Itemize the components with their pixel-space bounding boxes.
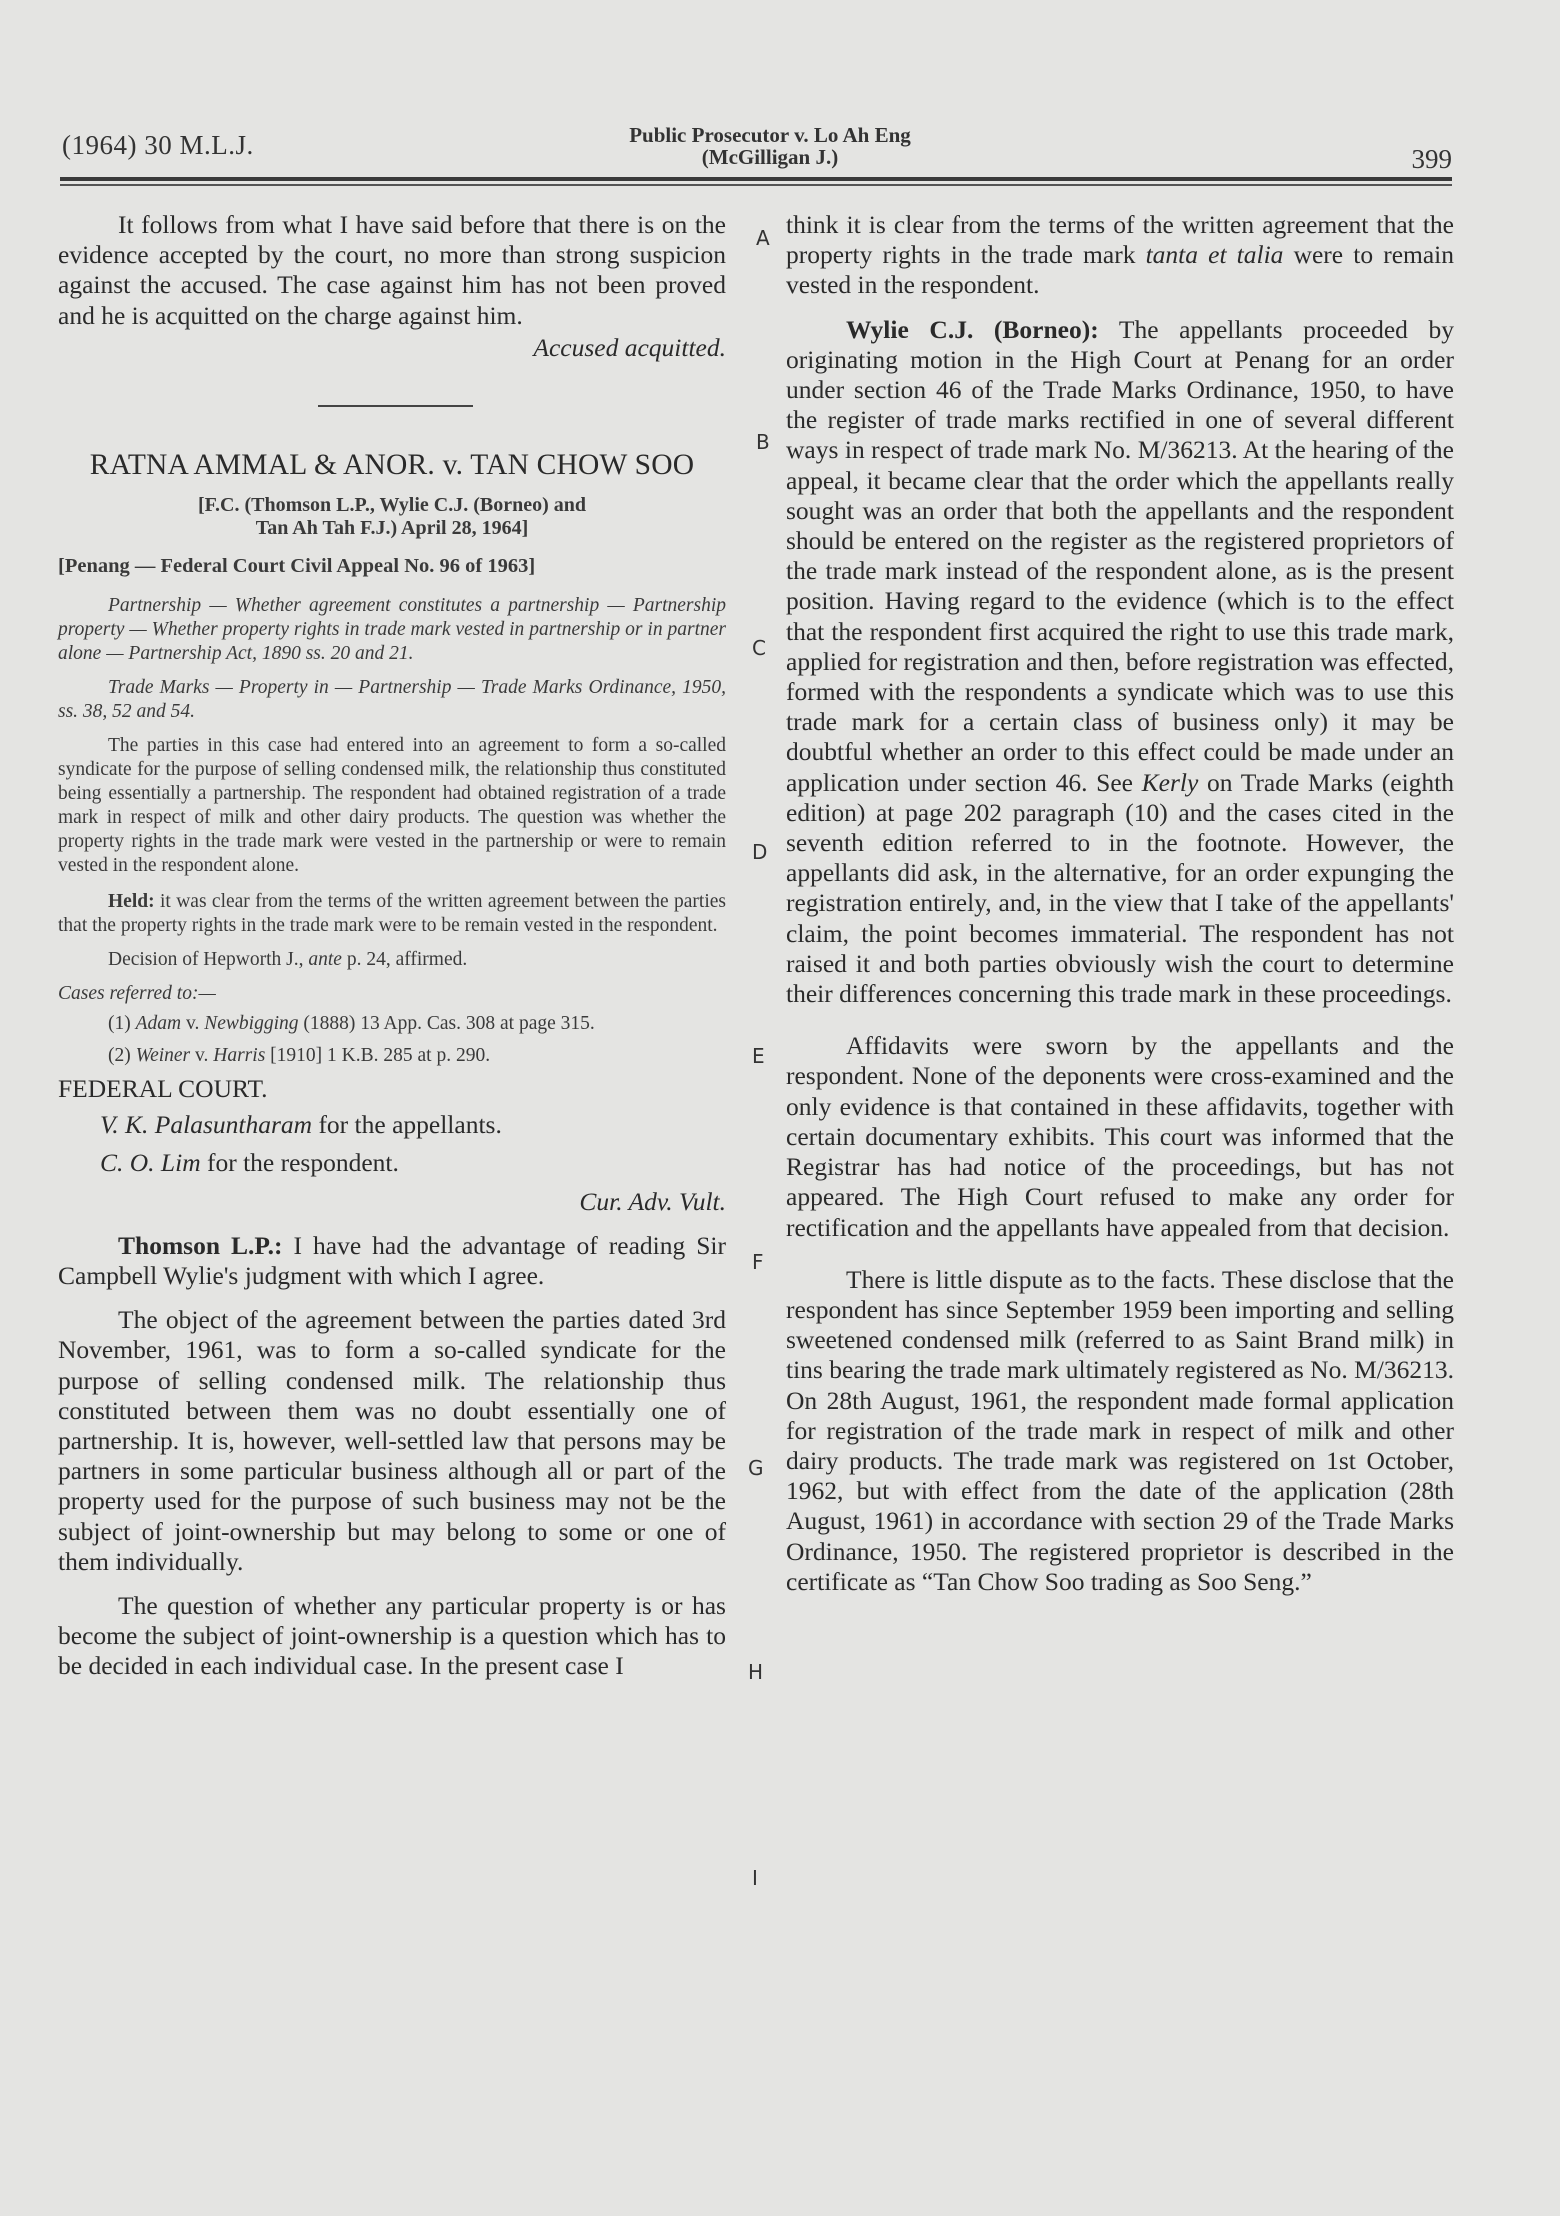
held: Held: it was clear from the terms of the… [58, 890, 726, 938]
paragraph-question: The question of whether any particular p… [58, 1591, 726, 1682]
paragraph-affidavits: Affidavits were sworn by the appellants … [786, 1031, 1454, 1242]
journal-citation: (1964) 30 M.L.J. [62, 130, 254, 161]
running-head-case: Public Prosecutor v. Lo Ah Eng [560, 124, 980, 146]
margin-letter-a: A [756, 226, 770, 250]
headnote: The parties in this case had entered int… [58, 734, 726, 878]
margin-letter-i: I [752, 1866, 758, 1890]
case-reference: [1910] 1 K.B. 285 at p. 290. [265, 1045, 490, 1066]
cur-adv-vult: Cur. Adv. Vult. [58, 1187, 726, 1217]
counsel-role: for the respondent. [201, 1148, 399, 1177]
decision-affirmed: Decision of Hepworth J., ante p. 24, aff… [58, 948, 726, 972]
page-number: 399 [1412, 144, 1453, 175]
held-text: it was clear from the terms of the writt… [58, 891, 726, 936]
counsel-appellants: V. K. Palasuntharam for the appellants. [58, 1110, 726, 1140]
judgment-wylie: Wylie C.J. (Borneo): The appellants proc… [786, 315, 1454, 1010]
case-party: Newbigging [204, 1013, 298, 1034]
running-head: Public Prosecutor v. Lo Ah Eng (McGillig… [560, 124, 980, 168]
judgment-text: The appellants proceeded by originating … [786, 315, 1454, 797]
continuation-paragraph: think it is clear from the terms of the … [786, 210, 1454, 301]
running-head-judge: (McGilligan J.) [560, 146, 980, 168]
decision-suffix: p. 24, affirmed. [342, 949, 467, 970]
left-column: It follows from what I have said before … [58, 210, 726, 1682]
judgment-text: on Trade Marks (eighth edition) at page … [786, 768, 1454, 1008]
header-rule-thick [60, 177, 1452, 181]
case-party: Weiner [136, 1045, 191, 1066]
previous-case-result: Accused acquitted. [58, 333, 726, 363]
right-column: think it is clear from the terms of the … [786, 210, 1454, 1597]
counsel-respondent: C. O. Lim for the respondent. [58, 1148, 726, 1178]
case-separator [318, 405, 473, 407]
court-heading: FEDERAL COURT. [58, 1074, 726, 1104]
law-report-page: (1964) 30 M.L.J. Public Prosecutor v. Lo… [0, 0, 1560, 2216]
margin-letter-b: B [756, 430, 770, 454]
counsel-name: C. O. Lim [100, 1148, 201, 1177]
judgment-thomson: Thomson L.P.: I have had the advantage o… [58, 1231, 726, 1291]
margin-letter-e: E [752, 1044, 765, 1068]
case-title: RATNA AMMAL & ANOR. v. TAN CHOW SOO [58, 449, 726, 482]
coram: [F.C. (Thomson L.P., Wylie C.J. (Borneo)… [58, 494, 726, 540]
cases-referred-label: Cases referred to:— [58, 982, 726, 1006]
paragraph-object-of-agreement: The object of the agreement between the … [58, 1305, 726, 1577]
case-versus: v. [190, 1045, 213, 1066]
margin-letter-f: F [752, 1250, 764, 1274]
previous-case-conclusion: It follows from what I have said before … [58, 210, 726, 331]
header-rule-thin [60, 184, 1452, 186]
case-party: Adam [136, 1013, 182, 1034]
counsel-role: for the appellants. [312, 1110, 502, 1139]
counsel-name: V. K. Palasuntharam [100, 1110, 312, 1139]
catchwords-trade-marks: Trade Marks — Property in — Partnership … [58, 676, 726, 724]
decision-prefix: Decision of Hepworth J., [108, 949, 308, 970]
margin-letter-g: G [748, 1456, 764, 1480]
case-party: Harris [213, 1045, 265, 1066]
case-versus: v. [181, 1013, 204, 1034]
margin-letter-d: D [752, 840, 767, 864]
case-reference: (1888) 13 App. Cas. 308 at page 315. [299, 1013, 595, 1034]
judge-name: Thomson L.P.: [118, 1231, 283, 1260]
decision-ante: ante [308, 949, 342, 970]
coram-line-1: [F.C. (Thomson L.P., Wylie C.J. (Borneo)… [58, 494, 726, 517]
latin-phrase: tanta et talia [1146, 240, 1284, 269]
margin-letter-h: H [748, 1660, 763, 1684]
treatise-title: Kerly [1142, 768, 1199, 797]
coram-line-2: Tan Ah Tah F.J.) April 28, 1964] [58, 517, 726, 540]
case-citation-1: (1) Adam v. Newbigging (1888) 13 App. Ca… [58, 1012, 726, 1036]
catchwords-partnership: Partnership — Whether agreement constitu… [58, 594, 726, 666]
case-number: (2) [108, 1045, 131, 1066]
case-number: (1) [108, 1013, 131, 1034]
court-reference: [Penang — Federal Court Civil Appeal No.… [58, 554, 726, 578]
held-label: Held: [108, 891, 155, 912]
case-citation-2: (2) Weiner v. Harris [1910] 1 K.B. 285 a… [58, 1044, 726, 1068]
judge-name: Wylie C.J. (Borneo): [846, 315, 1099, 344]
paragraph-facts: There is little dispute as to the facts.… [786, 1265, 1454, 1597]
margin-letter-c: C [752, 636, 766, 660]
